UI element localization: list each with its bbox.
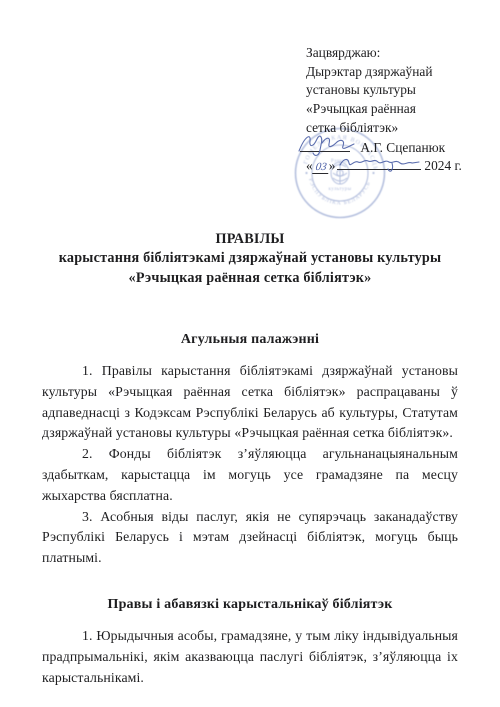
document-body: Агульныя палажэнні 1. Правілы карыстання… [42,330,458,688]
signature-line [300,138,350,152]
close-quote: » [329,158,336,173]
section-heading: Агульныя палажэнні [42,330,458,350]
section-general-provisions: Агульныя палажэнні 1. Правілы карыстання… [42,330,458,569]
month-line [337,156,421,170]
approval-line: Дырэктар дзяржаўнай [306,63,481,82]
section-user-rights: Правы і абавязкі карыстальнікаў бібліятэ… [42,595,458,688]
stamp-ring-text-bottom: РЭСПУБЛІКА БЕЛАРУСЬ [307,178,372,207]
approval-line: Зацвярджаю: [306,44,481,63]
title-line-1: ПРАВІЛЫ [0,230,500,249]
stamp-center-word-bottom: культуры [329,187,352,192]
handwritten-day: 03 [312,162,330,174]
approval-line: «Рэчыцкая раённая [306,100,481,119]
paragraph: 2. Фонды бібліятэк з’яўляюцца агульнанац… [42,444,458,506]
date-year: 2024 г. [424,158,461,173]
title-line-2: карыстання бібліятэкамі дзяржаўнай устан… [0,249,500,268]
handwritten-month [337,153,423,175]
paragraph: 1. Правілы карыстання бібліятэкамі дзярж… [42,361,458,444]
paragraph: 1. Юрыдычныя асобы, грамадзяне, у тым лі… [42,626,458,688]
paragraph: 3. Асобныя віды паслуг, якія не супярэча… [42,507,458,569]
approval-line: установы культуры [306,81,481,100]
title-line-3: «Рэчыцкая раённая сетка бібліятэк» [0,269,500,288]
approval-block: Зацвярджаю: Дырэктар дзяржаўнай установы… [306,44,481,175]
document-title: ПРАВІЛЫ карыстання бібліятэкамі дзяржаўн… [0,230,500,288]
date-row: «03»2024 г. [306,156,481,175]
section-heading: Правы і абавязкі карыстальнікаў бібліятэ… [42,595,458,615]
document-page: ГОМЕЛЬСКАЯ ВОБЛАСЦЬ РЭСПУБЛІКА БЕЛАРУСЬ … [0,0,500,707]
